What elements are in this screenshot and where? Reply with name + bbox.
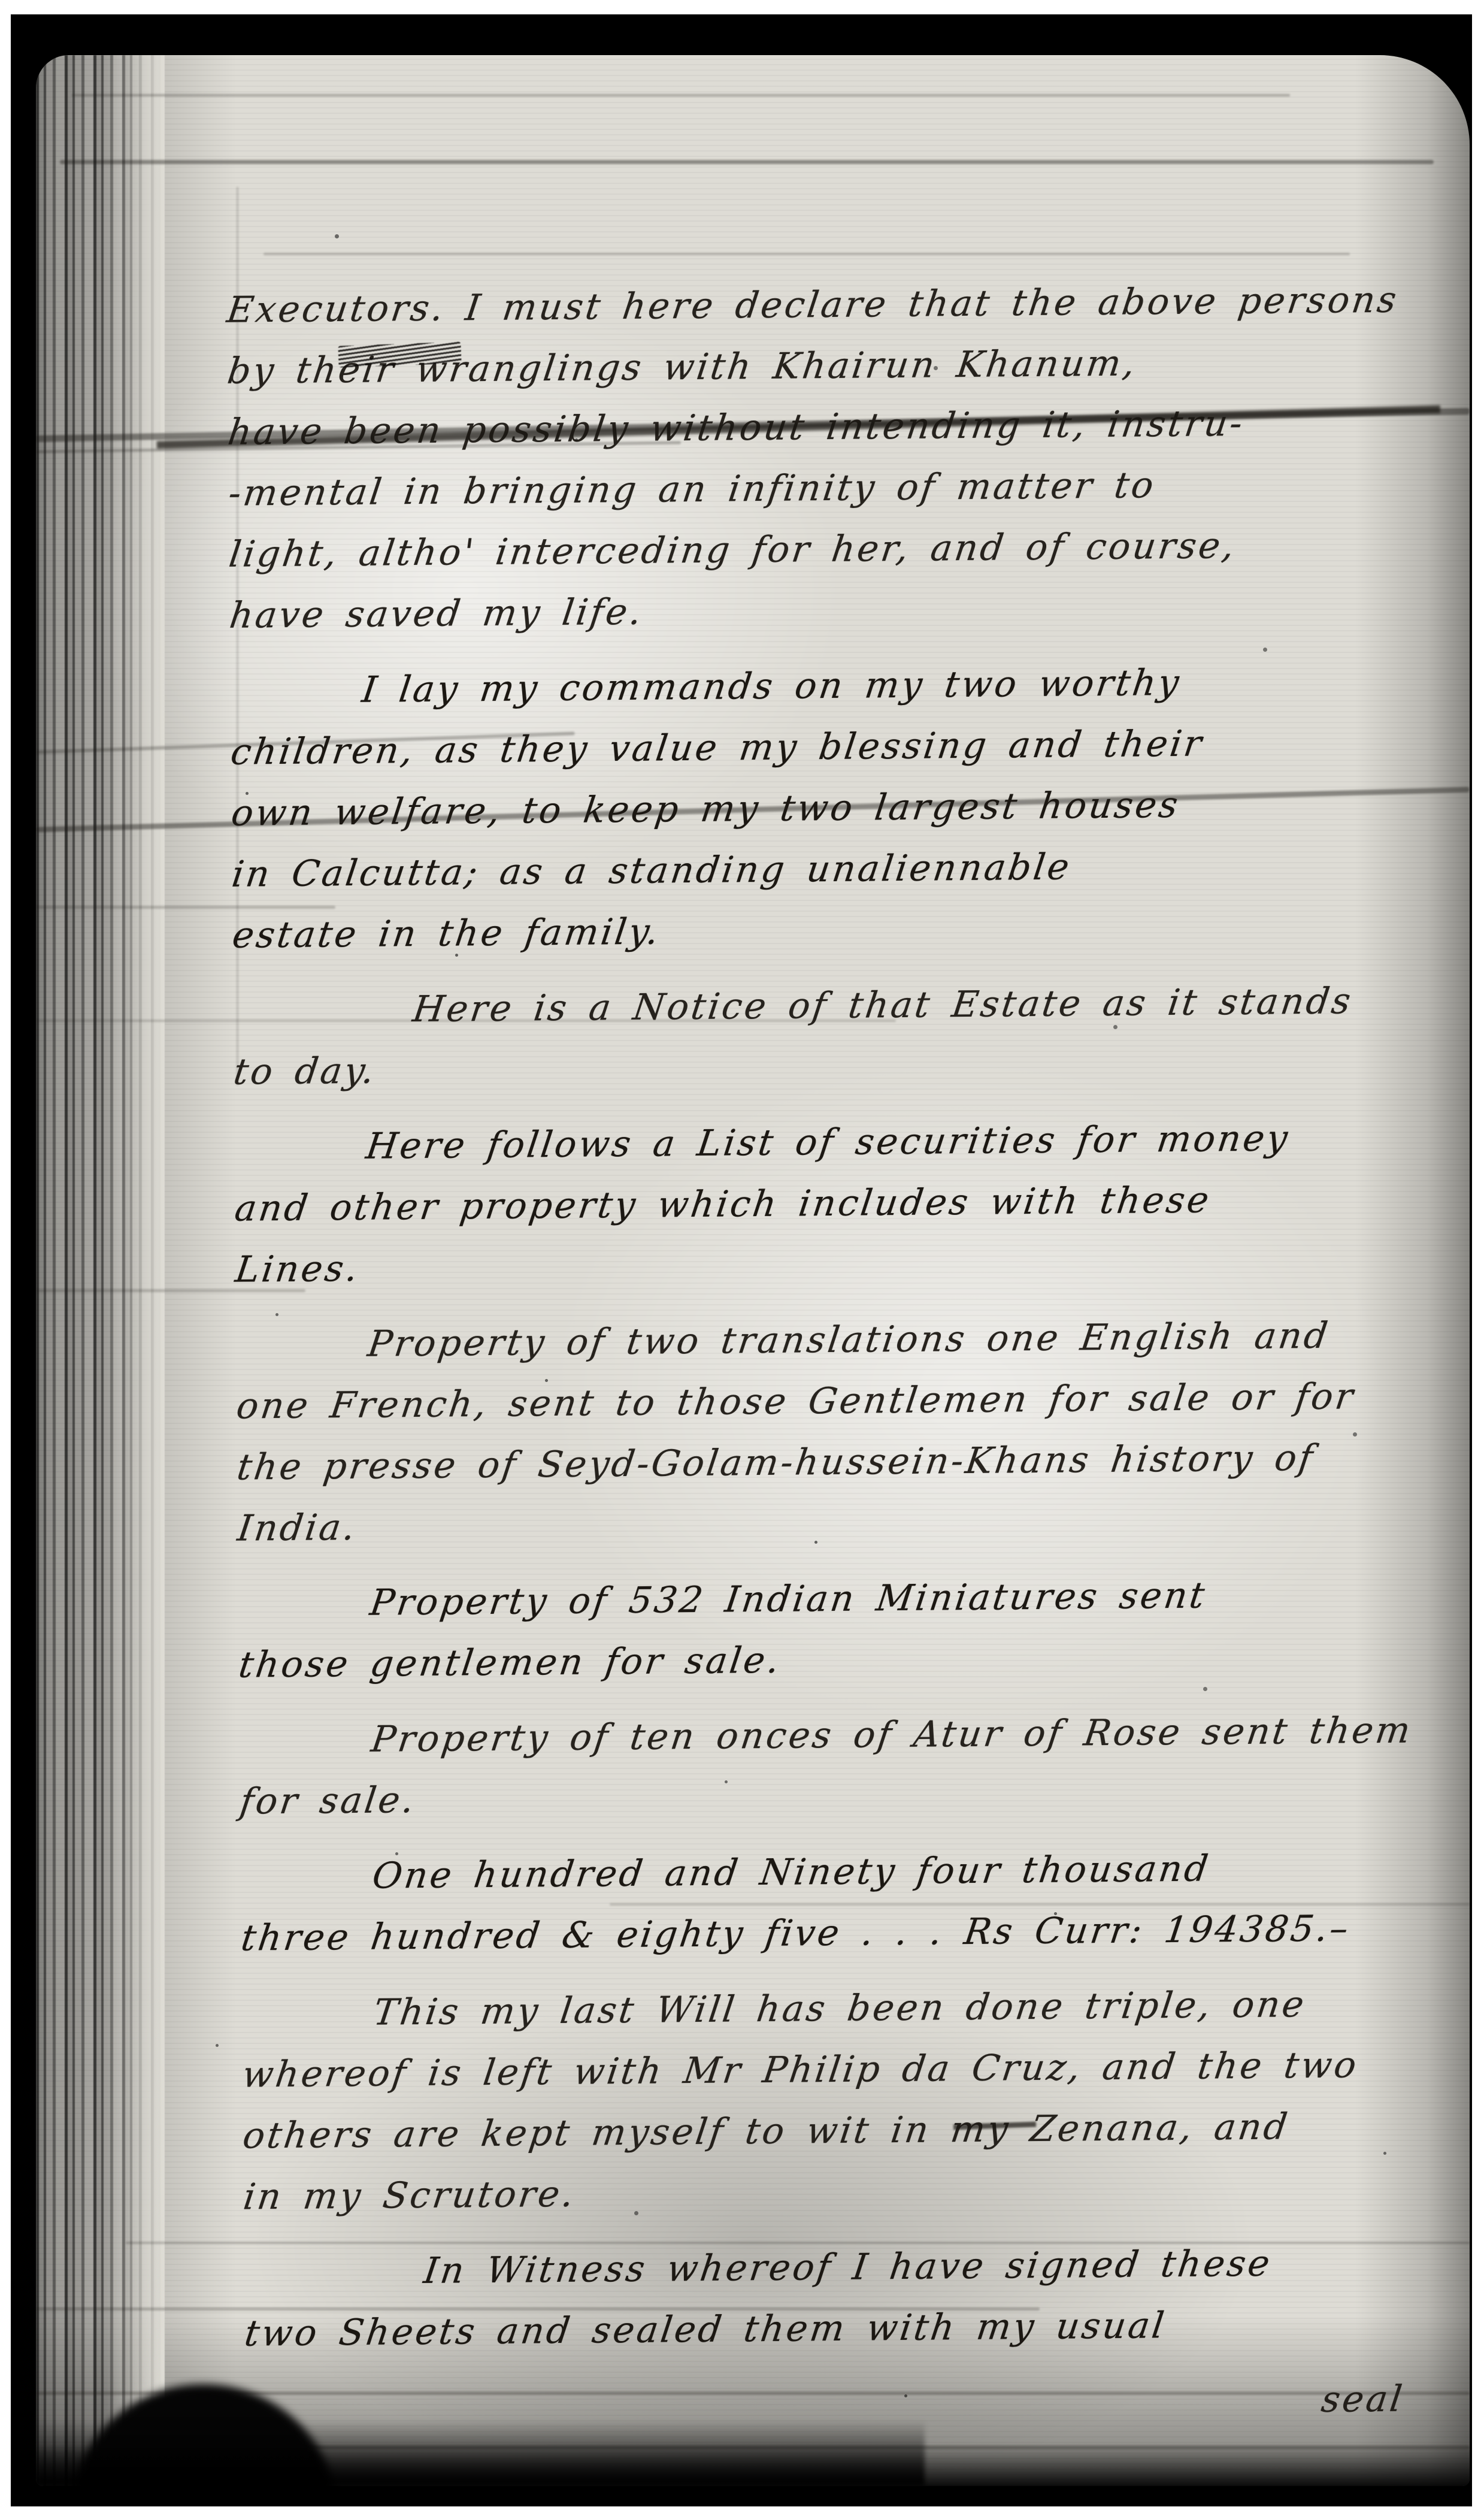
handwritten-text: have saved my life.	[226, 582, 647, 646]
text-line: own welfare, to keep my two largest hous…	[231, 773, 1390, 844]
text-line: light, altho' interceding for her, and o…	[229, 514, 1388, 585]
text-line: those gentlemen for sale.	[239, 1625, 1398, 1696]
handwritten-text: to day.	[230, 1041, 380, 1103]
handwritten-text: Executors. I must here declare that the …	[223, 270, 1403, 341]
text-line: in my Scrutore.	[244, 2157, 1403, 2228]
text-line: for sale.	[240, 1761, 1399, 1832]
handwritten-text: have been possibly without intending it,…	[225, 393, 1249, 463]
handwritten-text: One hundred and Ninety four thousand	[369, 1838, 1214, 1906]
handwritten-text: the presse of Seyd-Golam-hussein-Khans h…	[234, 1428, 1319, 1498]
text-line: One hundred and Ninety four thousand	[241, 1837, 1400, 1908]
paragraph: Executors. I must here declare that the …	[227, 270, 1388, 646]
handwritten-text: three hundred & eighty five . . . Rs Cur…	[238, 1898, 1355, 1968]
text-line: Property of 532 Indian Miniatures sent	[238, 1564, 1397, 1635]
handwritten-text: India.	[234, 1497, 361, 1559]
handwritten-text: I lay my commands on my two worthy	[358, 652, 1185, 721]
handwritten-text: seal	[1318, 2369, 1408, 2430]
text-line: Lines.	[235, 1229, 1394, 1301]
paragraph: Here is a Notice of that Estate as it st…	[233, 970, 1392, 1103]
handwritten-text: Here follows a List of securities for mo…	[362, 1108, 1294, 1177]
text-line: Here follows a List of securities for mo…	[234, 1107, 1393, 1178]
paragraph: Property of 532 Indian Miniatures sentth…	[238, 1564, 1398, 1696]
handwritten-text: in my Scrutore.	[240, 2164, 580, 2228]
handwritten-text: -mental in bringing an infinity of matte…	[225, 455, 1159, 524]
text-line: one French, sent to those Gentlemen for …	[237, 1366, 1395, 1437]
text-line: the presse of Seyd-Golam-hussein-Khans h…	[237, 1427, 1396, 1498]
text-line: -mental in bringing an infinity of matte…	[229, 453, 1388, 524]
paragraph: Property of two translations one English…	[236, 1305, 1396, 1559]
handwritten-text: Property of ten onces of Atur of Rose se…	[368, 1699, 1416, 1770]
manuscript-photo: Executors. I must here declare that the …	[0, 0, 1484, 2516]
text-line: In Witness whereof I have signed these	[244, 2232, 1403, 2303]
handwritten-text: Here is a Notice of that Estate as it st…	[409, 970, 1356, 1040]
handwritten-text: This my last Will has been done triple, …	[370, 1974, 1310, 2043]
text-line: and other property which includes with t…	[235, 1168, 1394, 1239]
paragraph: Here follows a List of securities for mo…	[234, 1107, 1394, 1301]
handwritten-text: children, as they value my blessing and …	[227, 713, 1207, 782]
text-line: whereof is left with Mr Philip da Cruz, …	[243, 2034, 1401, 2106]
paragraph: Property of ten onces of Atur of Rose se…	[240, 1700, 1399, 1832]
photo-frame: Executors. I must here declare that the …	[11, 14, 1472, 2506]
handwritten-text: light, altho' interceding for her, and o…	[225, 515, 1240, 585]
text-line: three hundred & eighty five . . . Rs Cur…	[241, 1898, 1400, 1969]
handwritten-text: Property of 532 Indian Miniatures sent	[367, 1565, 1211, 1633]
handwritten-text: one French, sent to those Gentlemen for …	[233, 1366, 1359, 1437]
paragraph: I lay my commands on my two worthychildr…	[231, 651, 1391, 966]
text-line: to day.	[234, 1032, 1392, 1103]
handwritten-text: those gentlemen for sale.	[235, 1630, 786, 1696]
handwritten-text: others are kept myself to wit in my Zena…	[239, 2096, 1293, 2166]
paragraph: In Witness whereof I have signed thesetw…	[244, 2232, 1404, 2364]
handwritten-text: estate in the family.	[229, 901, 665, 966]
text-line: by their wranglings with Khairun Khanum,	[228, 331, 1386, 402]
manuscript-page: Executors. I must here declare that the …	[36, 55, 1470, 2486]
handwritten-text: Property of two translations one English…	[364, 1305, 1334, 1375]
paper-specks	[36, 55, 39, 58]
text-line: two Sheets and sealed them with my usual	[245, 2293, 1404, 2364]
handwritten-text: in Calcutta; as a standing unaliennable	[228, 836, 1075, 905]
manuscript-text: Executors. I must here declare that the …	[36, 55, 1470, 2486]
paragraph: One hundred and Ninety four thousandthre…	[241, 1837, 1400, 1969]
paragraph: This my last Will has been done triple, …	[242, 1973, 1402, 2228]
handwritten-text: Lines.	[232, 1238, 364, 1301]
text-line: in Calcutta; as a standing unaliennable	[232, 834, 1391, 905]
text-line: Executors. I must here declare that the …	[227, 270, 1386, 341]
handwritten-text: In Witness whereof I have signed these	[420, 2233, 1276, 2302]
handwritten-text: whereof is left with Mr Philip da Cruz, …	[238, 2034, 1362, 2105]
handwritten-text: own welfare, to keep my two largest hous…	[228, 775, 1184, 844]
text-line: estate in the family.	[232, 895, 1391, 966]
handwritten-text: and other property which includes with t…	[231, 1169, 1215, 1239]
handwritten-text: two Sheets and sealed them with my usual	[241, 2295, 1170, 2364]
text-line: have saved my life.	[230, 575, 1389, 646]
crossed-out-word	[338, 341, 461, 367]
text-line: have been possibly without intending it,…	[228, 392, 1387, 463]
bottom-shadow	[36, 2444, 1470, 2486]
handwritten-text: for sale.	[237, 1770, 420, 1832]
text-line: This my last Will has been done triple, …	[242, 1973, 1401, 2045]
text-line: children, as they value my blessing and …	[231, 712, 1390, 783]
text-line: I lay my commands on my two worthy	[231, 651, 1389, 722]
text-line: Property of two translations one English…	[236, 1305, 1395, 1376]
text-line: Here is a Notice of that Estate as it st…	[233, 970, 1392, 1042]
text-line: Property of ten onces of Atur of Rose se…	[240, 1700, 1398, 1771]
text-line: others are kept myself to wit in my Zena…	[243, 2095, 1402, 2167]
handwritten-text: by their wranglings with Khairun Khanum,	[224, 332, 1141, 401]
text-line: India.	[238, 1488, 1397, 1559]
